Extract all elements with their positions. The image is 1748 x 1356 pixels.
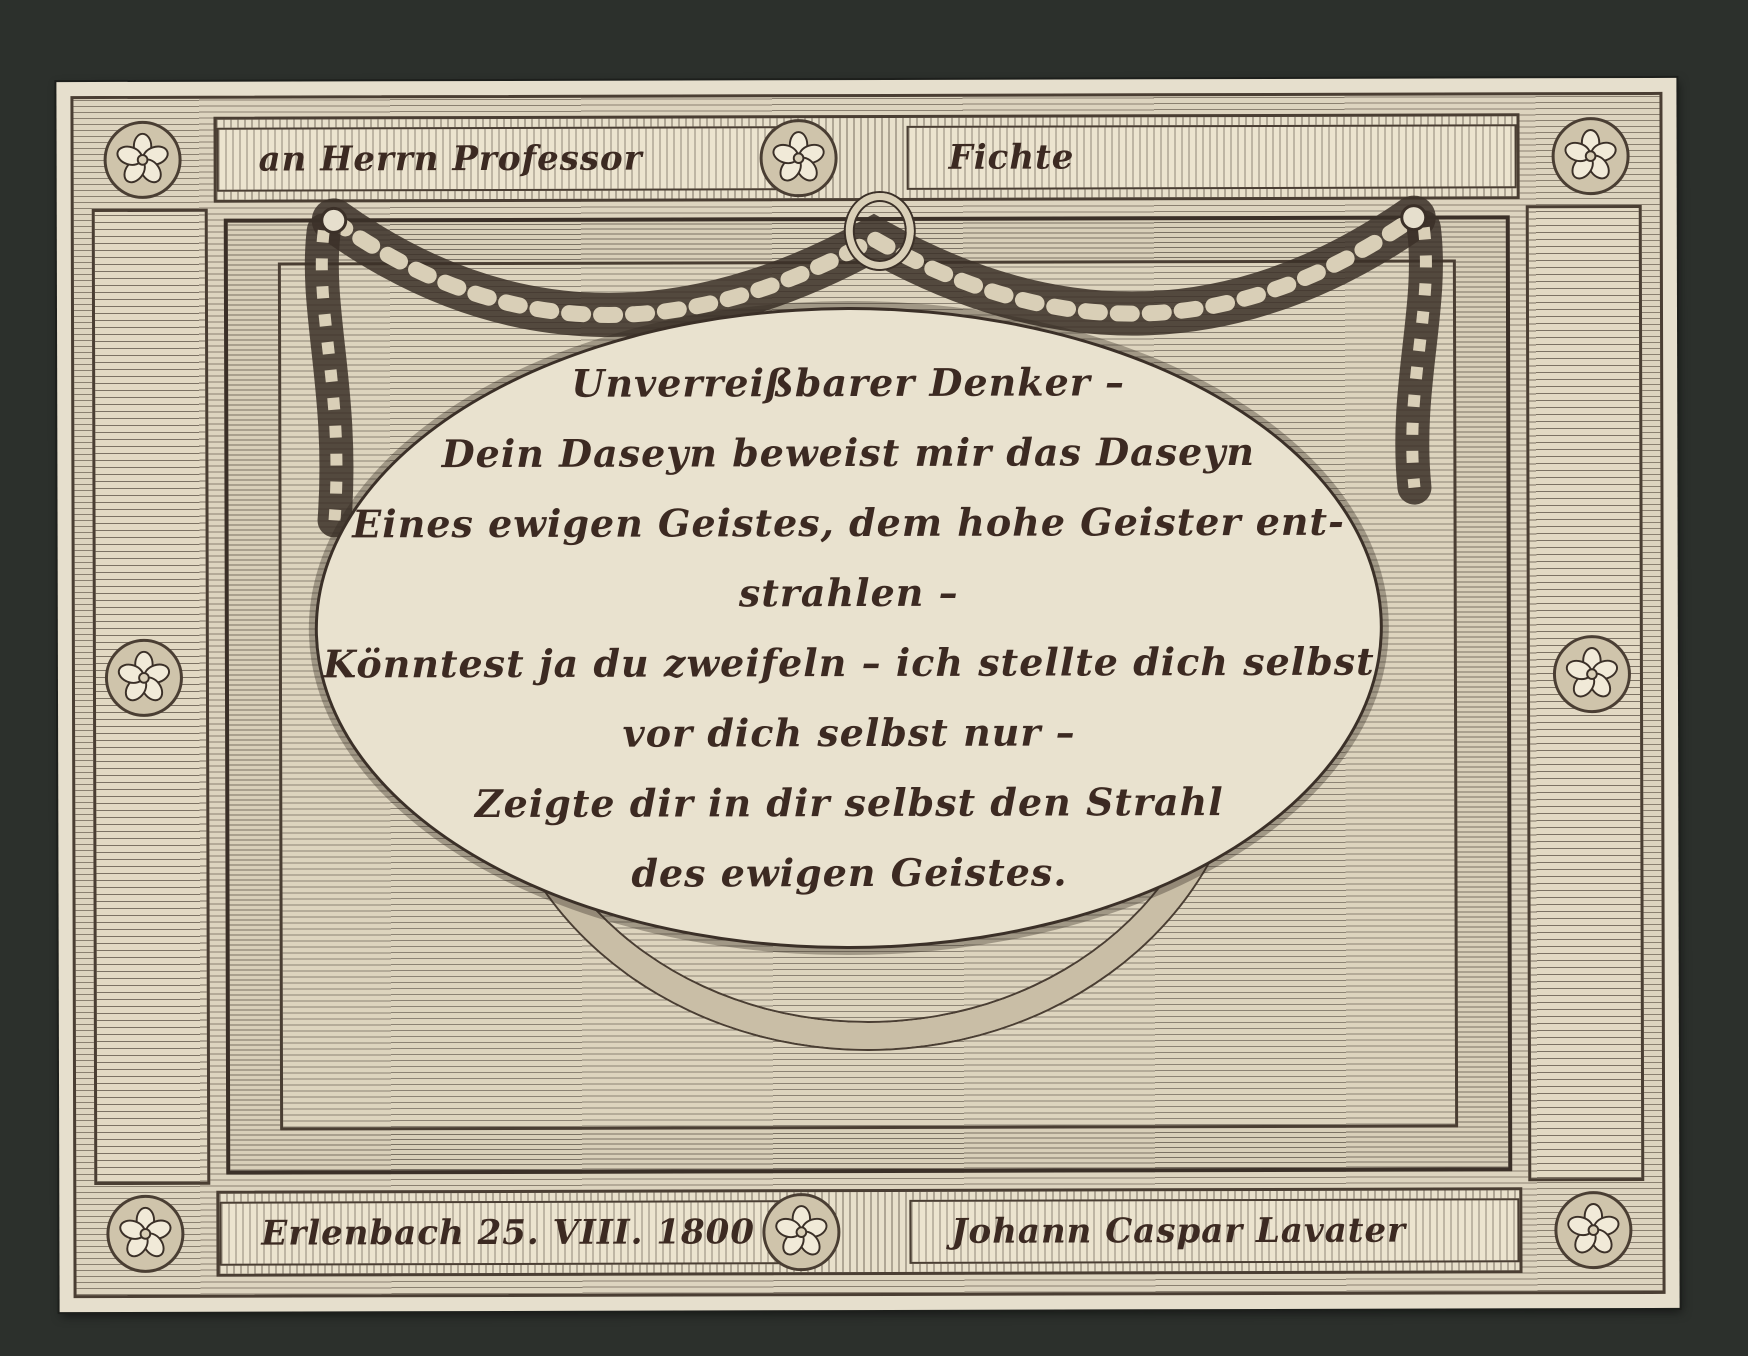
place-date: Erlenbach 25. VIII. 1800 (221, 1212, 755, 1253)
signature: Johann Caspar Lavater (911, 1211, 1406, 1252)
rosette-icon (106, 1195, 184, 1273)
footer-cartouche-right: Johann Caspar Lavater (909, 1198, 1519, 1264)
rosette-icon (1551, 117, 1629, 195)
footer-cartouche-left: Erlenbach 25. VIII. 1800 (219, 1200, 823, 1266)
outer-frame: an Herrn Professor Fichte Unverreißbarer… (70, 92, 1665, 1298)
inscription-line: strahlen – (739, 562, 959, 625)
rosette-icon (762, 1193, 840, 1271)
inscription-oval: Unverreißbarer Denker – Dein Daseyn bewe… (314, 306, 1384, 951)
inscription-line: Eines ewigen Geistes, dem hohe Geister e… (352, 491, 1345, 556)
inscription-line: Dein Daseyn beweist mir das Daseyn (442, 421, 1255, 485)
address-text: an Herrn Professor (219, 139, 643, 180)
rosette-icon (759, 119, 837, 197)
rosette-icon (105, 639, 183, 717)
header-cartouche-right: Fichte (907, 124, 1517, 190)
inscription-line: Zeigte dir in dir selbst den Strahl (475, 771, 1224, 835)
rosette-icon (1554, 1191, 1632, 1269)
inscription-line: Könntest ja du zweifeln – ich stellte di… (323, 631, 1375, 696)
inscription-line: Unverreißbarer Denker – (571, 351, 1125, 414)
ring-icon (846, 193, 914, 269)
inscription-line: des ewigen Geistes. (631, 841, 1067, 904)
inscription-line: vor dich selbst nur – (623, 701, 1076, 764)
header-cartouche-left: an Herrn Professor (217, 126, 821, 192)
recipient-name: Fichte (909, 137, 1075, 177)
engraved-card: an Herrn Professor Fichte Unverreißbarer… (56, 78, 1679, 1312)
rosette-icon (1553, 635, 1631, 713)
footer-band: Erlenbach 25. VIII. 1800 Johann Caspar L… (216, 1187, 1522, 1276)
rosette-icon (103, 121, 181, 199)
